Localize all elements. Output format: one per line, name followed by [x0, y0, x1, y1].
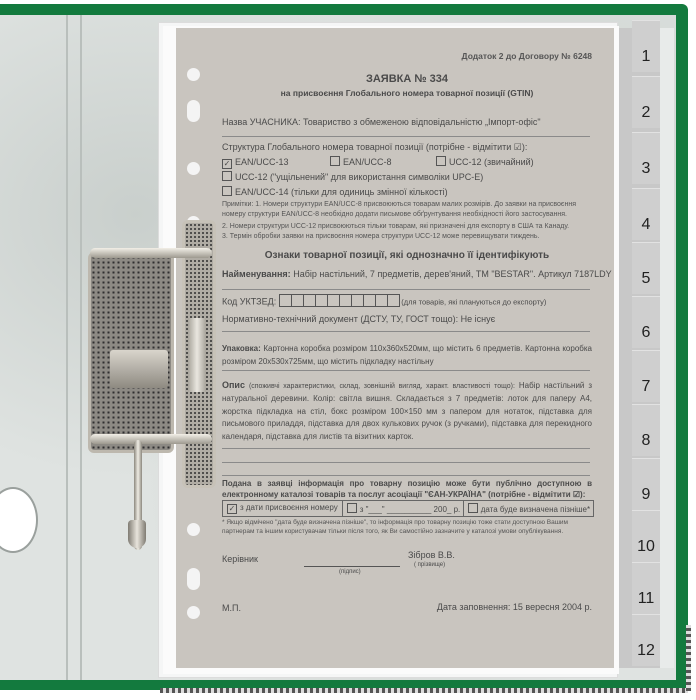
publish-option-from-assignment[interactable]: ✓з дати присвоєння номеру: [223, 501, 343, 516]
metal-edge-corner: [686, 625, 691, 691]
section-heading: Ознаки товарної позиції, які однозначно …: [222, 249, 592, 263]
signature-line[interactable]: [304, 566, 400, 567]
signature-caption: (підпис): [339, 568, 361, 576]
structure-heading: Структура Глобального номера товарної по…: [222, 141, 592, 153]
lever-mechanism[interactable]: [88, 240, 216, 470]
index-tab-12[interactable]: 12: [632, 614, 660, 666]
metal-edge-bottom: [160, 688, 688, 693]
publish-option-later[interactable]: дата буде визначена пізніше*: [464, 501, 594, 516]
punch-hole: [187, 606, 200, 619]
note-2: 2. Номери структури UCC-12 присвоюються …: [222, 222, 592, 232]
uktzed-code-boxes[interactable]: [279, 294, 399, 310]
punch-hole: [187, 162, 200, 175]
note-3: 3. Термін обробки заявки на присвоєння н…: [222, 232, 592, 242]
index-tab-3[interactable]: 3: [632, 132, 660, 184]
divider-line: [222, 462, 590, 463]
checkbox-icon[interactable]: [347, 503, 357, 513]
surname-caption: ( прізвище): [414, 561, 445, 569]
cover-edge-top: [0, 4, 688, 15]
publish-consent-text: Подана в заявці інформація про товарну п…: [222, 478, 592, 500]
structure-option-ucc12-compressed[interactable]: UCC-12 ("ущільнений" для використання си…: [222, 171, 592, 183]
appendix-reference: Додаток 2 до Договору № 6248: [222, 51, 592, 62]
form-title: ЗАЯВКА № 334: [222, 72, 592, 87]
divider-edge: [660, 28, 674, 668]
application-form-sheet: Додаток 2 до Договору № 6248 ЗАЯВКА № 33…: [176, 28, 614, 668]
index-tab-10[interactable]: 10: [632, 510, 660, 562]
divider-line: [222, 331, 590, 332]
binder-ring-bottom: [90, 434, 212, 444]
participant-name: Назва УЧАСНИКА: Товариство з обмеженою в…: [222, 116, 592, 128]
punch-hole: [187, 100, 200, 122]
product-name: Найменування: Набір настільний, 7 предме…: [222, 268, 592, 280]
index-tab-9[interactable]: 9: [632, 458, 660, 510]
checkbox-checked-icon[interactable]: ✓: [227, 504, 237, 514]
checkbox-icon[interactable]: [468, 503, 478, 513]
uktzed-code: Код УКТЗЕД: (для товарів, які плануються…: [222, 294, 592, 310]
packaging: Упаковка: Картонна коробка розміром 110х…: [222, 343, 592, 369]
head-label: Керівник: [222, 553, 592, 565]
checkbox-icon[interactable]: [222, 171, 232, 181]
description: Опис (споживчі характеристики, склад, зо…: [222, 378, 592, 444]
structure-option-ean8[interactable]: EAN/UCC-8: [330, 156, 392, 168]
binder-ring-top: [90, 248, 212, 258]
form-subtitle: на присвоєння Глобального номера товарно…: [222, 88, 592, 99]
spine-fold-line: [80, 15, 82, 680]
compressor-slot: [188, 318, 206, 392]
index-tab-2[interactable]: 2: [632, 76, 660, 128]
normative-document: Нормативно-технічний документ (ДСТУ, ТУ,…: [222, 313, 592, 325]
structure-option-ucc12[interactable]: UCC-12 (звичайний): [436, 156, 534, 168]
checkbox-icon[interactable]: [222, 186, 232, 196]
publish-options: ✓з дати присвоєння номеру з "___" ______…: [222, 500, 594, 517]
punch-hole: [187, 568, 200, 590]
structure-option-ean13[interactable]: ✓EAN/UCC-13: [222, 156, 592, 169]
head-name: Зібров В.В.: [408, 549, 455, 561]
structure-option-ean14[interactable]: EAN/UCC-14 (тільки для одиниць змінної к…: [222, 186, 592, 198]
index-tab-1[interactable]: 1: [632, 20, 660, 72]
divider-line: [222, 289, 590, 290]
checkbox-checked-icon[interactable]: ✓: [222, 159, 232, 169]
lever-handle[interactable]: [128, 520, 146, 548]
lever-arch-binder: 123456789101112 Додаток 2 до Договору № …: [0, 0, 696, 700]
lever-clip: [110, 350, 168, 388]
publish-option-from-date[interactable]: з "___" __________ 200_ р.: [343, 501, 464, 516]
divider-line: [222, 370, 590, 371]
checkbox-icon[interactable]: [330, 156, 340, 166]
note-1: Примітки: 1. Номери структури EAN/UCC-8 …: [222, 200, 592, 220]
index-tab-5[interactable]: 5: [632, 242, 660, 294]
divider-line: [222, 136, 590, 137]
fill-date: Дата заповнення: 15 вересня 2004 р.: [222, 601, 592, 613]
index-tab-11[interactable]: 11: [632, 562, 660, 614]
punch-hole: [187, 523, 200, 536]
index-tab-8[interactable]: 8: [632, 404, 660, 456]
footnote: * Якщо відмічено "дата буде визначена пі…: [222, 518, 592, 537]
spine-fold-line: [66, 15, 68, 680]
cover-edge-right: [676, 6, 688, 686]
punch-hole: [187, 68, 200, 81]
divider-line: [222, 475, 590, 476]
divider-line: [222, 448, 590, 449]
index-tab-6[interactable]: 6: [632, 296, 660, 348]
checkbox-icon[interactable]: [436, 156, 446, 166]
index-tab-4[interactable]: 4: [632, 188, 660, 240]
index-tab-7[interactable]: 7: [632, 350, 660, 402]
